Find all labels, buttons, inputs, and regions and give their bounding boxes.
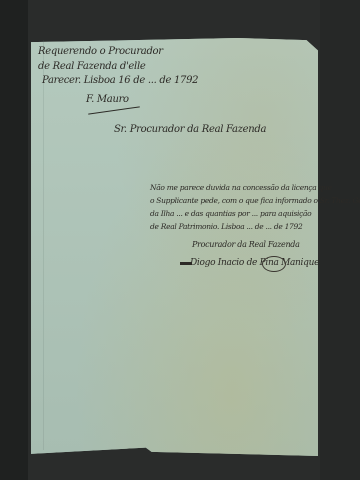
address-line: Sr. Procurador da Real Fazenda <box>114 124 266 135</box>
page-fold-line <box>43 40 44 450</box>
marginal-note-signature: F. Mauro <box>86 94 129 105</box>
body-line-1: Não me parece duvida na concessão da lic… <box>150 183 332 192</box>
signature-rubric-icon <box>262 256 286 272</box>
marginal-note-line-3: Parecer. Lisboa 16 de ... de 1792 <box>42 75 198 86</box>
office-line: Procurador da Real Fazenda <box>192 240 300 249</box>
marginal-note-line-2: de Real Fazenda d'elle <box>38 61 145 72</box>
marginal-note-line-1: Requerendo o Procurador <box>38 46 163 57</box>
scan-backdrop-right <box>320 0 360 480</box>
body-line-3: da Ilha ... e das quantias por ... para … <box>150 209 311 218</box>
body-line-2: o Supplicante pede, com o que fica infor… <box>150 196 360 205</box>
signature: Diogo Inacio de Pina Manique <box>190 258 319 268</box>
scan-backdrop-left <box>0 0 28 480</box>
body-line-4: de Real Patrimonio. Lisboa ... de ... de… <box>150 222 302 231</box>
